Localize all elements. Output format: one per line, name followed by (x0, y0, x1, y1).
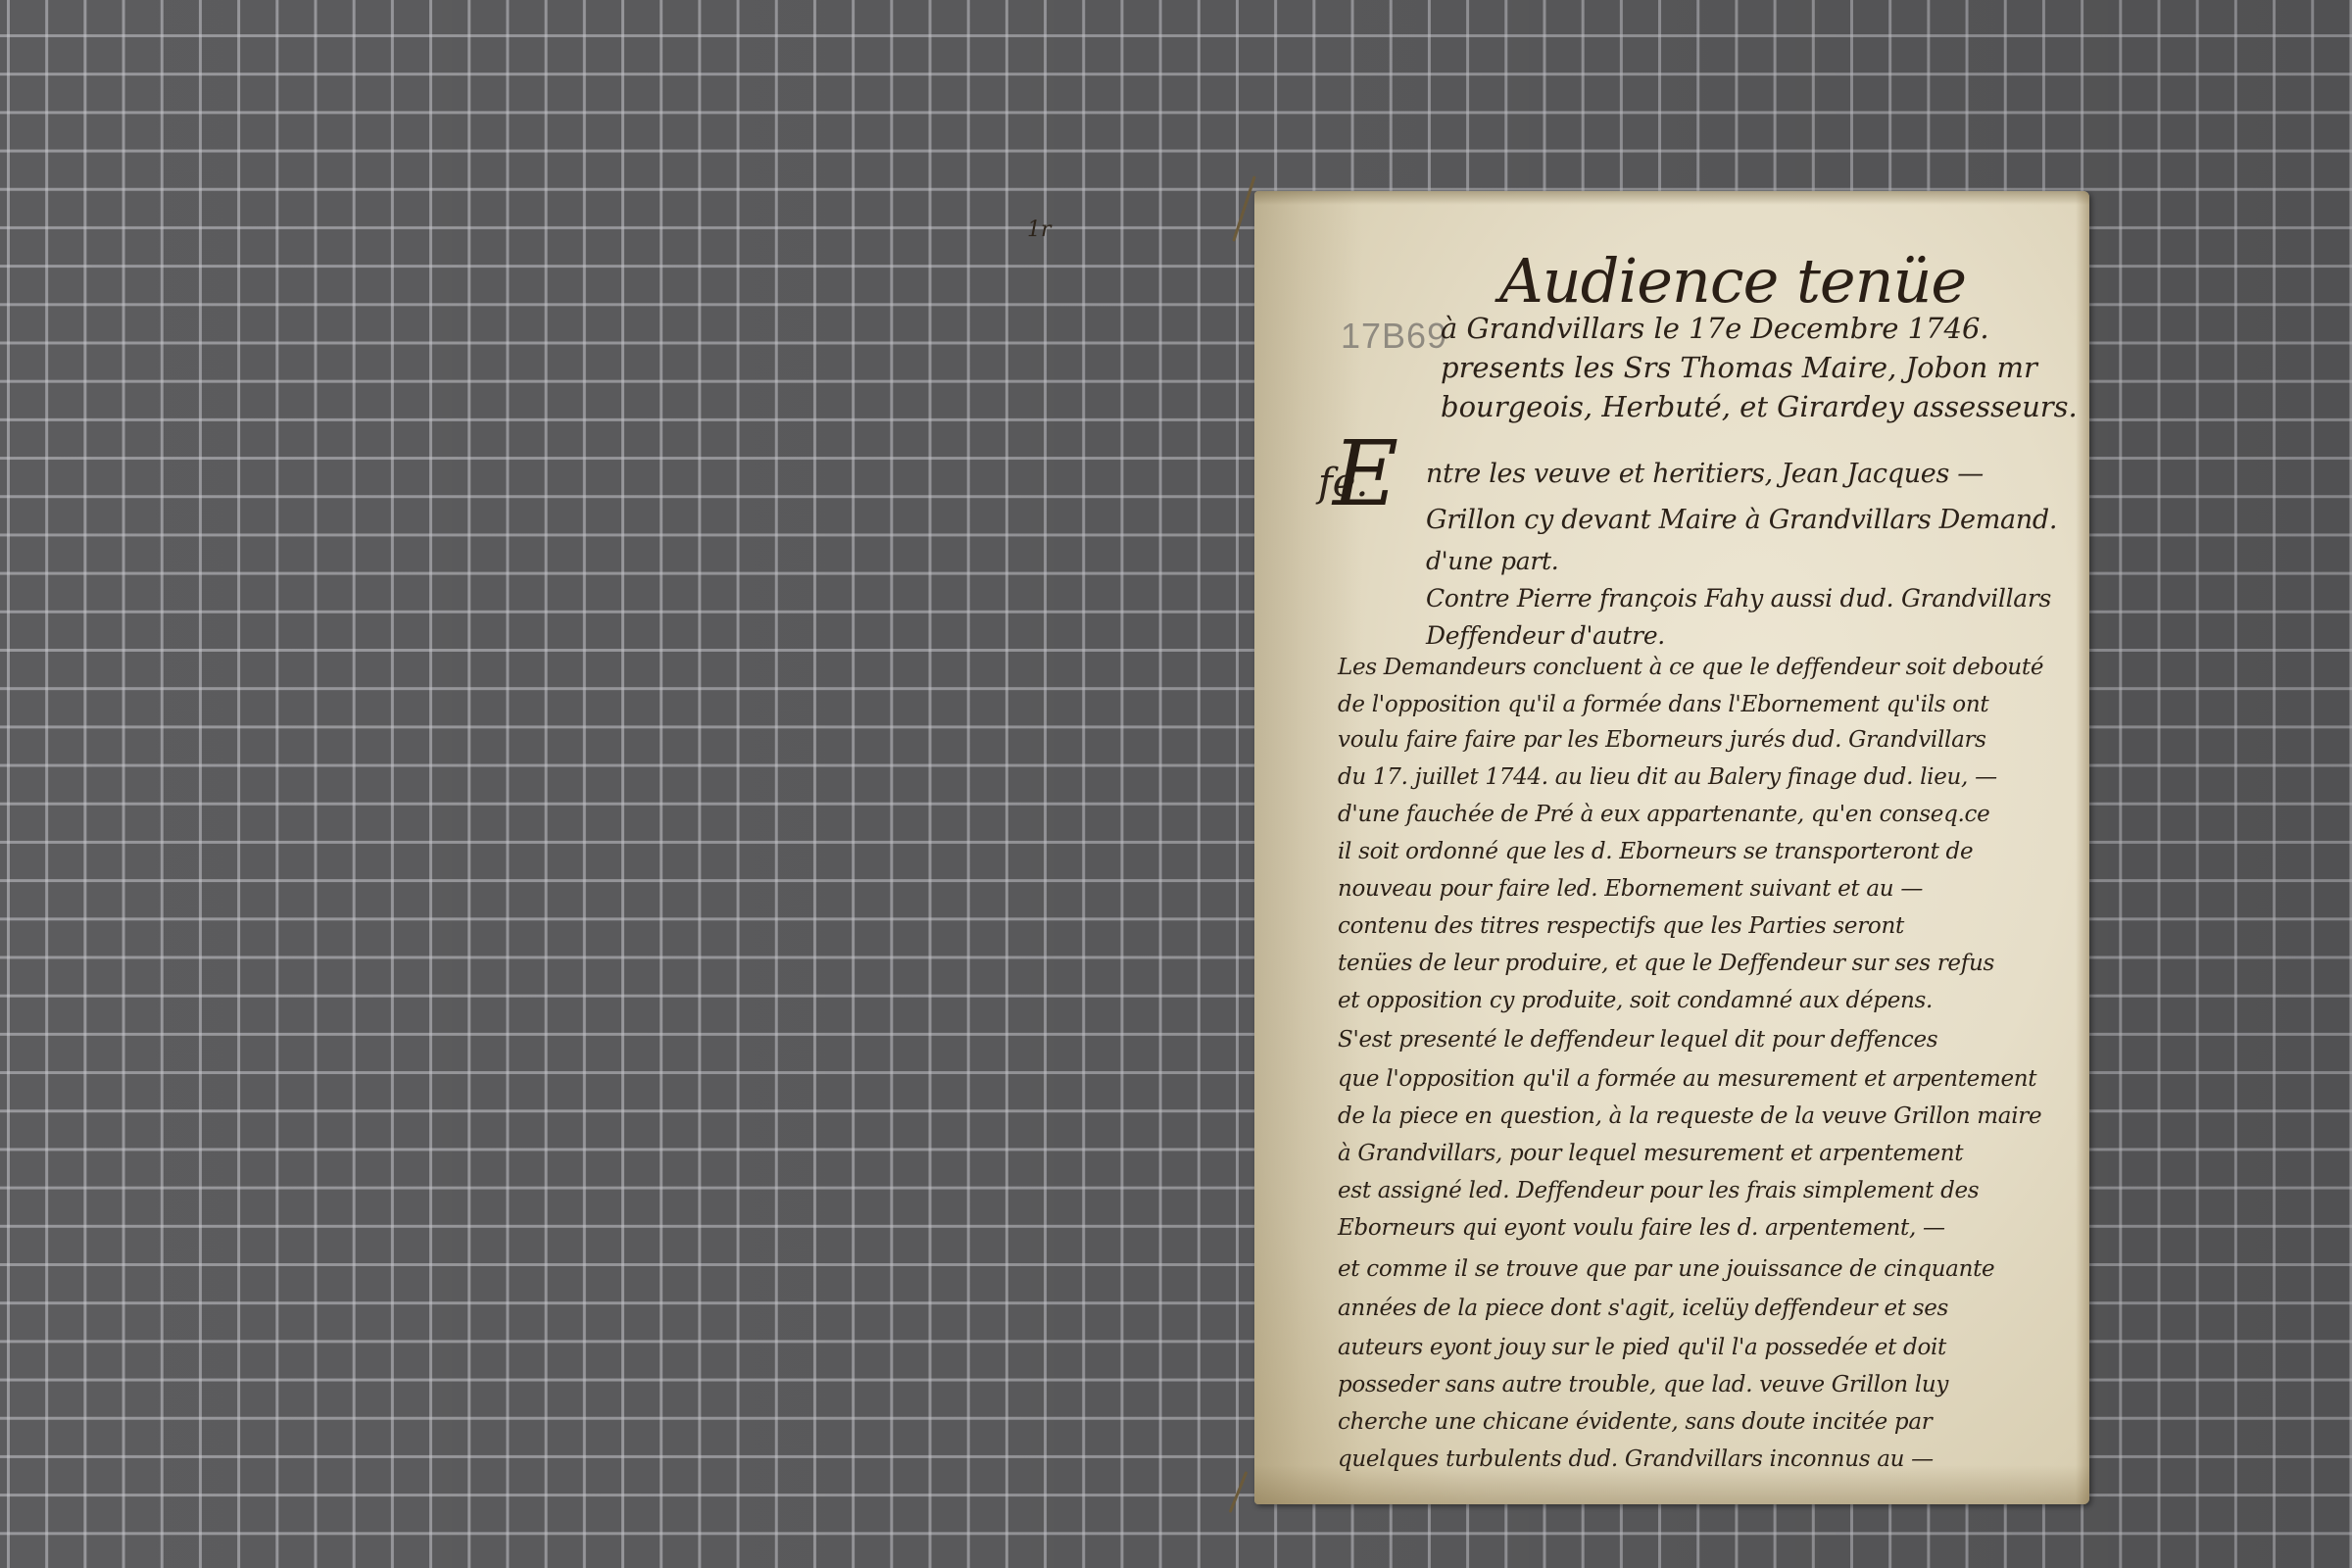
body-line: Eborneurs qui eyont voulu faire les d. a… (1338, 1215, 1945, 1241)
body-line: est assigné led. Deffendeur pour les fra… (1338, 1178, 1979, 1203)
archive-shelfmark: 17B69 (1341, 316, 1447, 357)
heading-line-place-date: à Grandvillars le 17e Decembre 1746. (1441, 312, 1989, 345)
heading-line-present: presents les Srs Thomas Maire, Jobon mr (1441, 351, 2037, 384)
body-line: quelques turbulents dud. Grandvillars in… (1338, 1446, 1934, 1472)
body-line: Les Demandeurs concluent à ce que le def… (1338, 655, 2043, 680)
body-line: que l'opposition qu'il a formée au mesur… (1338, 1066, 2036, 1092)
body-line: d'une fauchée de Pré à eux appartenante,… (1338, 802, 1989, 827)
folio-number: 1r (1027, 218, 1052, 242)
body-line: de la piece en question, à la requeste d… (1338, 1103, 2041, 1129)
binding-thread-bottom (1229, 1471, 1249, 1513)
body-line: à Grandvillars, pour lequel mesurement e… (1338, 1141, 1963, 1166)
body-line: tenües de leur produire, et que le Deffe… (1338, 951, 1994, 976)
body-line: auteurs eyont jouy sur le pied qu'il l'a… (1338, 1335, 1946, 1360)
body-line: et comme il se trouve que par une jouiss… (1338, 1256, 1994, 1282)
body-line: d'une part. (1426, 547, 1558, 575)
body-line: du 17. juillet 1744. au lieu dit au Bale… (1338, 764, 1997, 790)
body-line: il soit ordonné que les d. Eborneurs se … (1338, 839, 1973, 864)
body-line: nouveau pour faire led. Ebornement suiva… (1338, 876, 1923, 902)
drop-cap-initial: E (1333, 429, 1398, 519)
body-line: Contre Pierre françois Fahy aussi dud. G… (1426, 584, 2051, 612)
heading-line-assessors: bourgeois, Herbuté, et Girardey assesseu… (1441, 390, 2078, 423)
body-line: contenu des titres respectifs que les Pa… (1338, 913, 1904, 939)
body-line: et opposition cy produite, soit condamné… (1338, 988, 1933, 1013)
body-line: S'est presenté le deffendeur lequel dit … (1338, 1027, 1937, 1053)
body-line: de l'opposition qu'il a formée dans l'Eb… (1338, 692, 1988, 717)
body-line: ntre les veuve et heritiers, Jean Jacque… (1426, 459, 1984, 489)
body-line: Deffendeur d'autre. (1426, 621, 1665, 650)
page-top-edge (1254, 191, 2089, 205)
body-line: cherche une chicane évidente, sans doute… (1338, 1409, 1932, 1435)
body-line: posseder sans autre trouble, que lad. ve… (1338, 1372, 1948, 1397)
body-line: Grillon cy devant Maire à Grandvillars D… (1426, 505, 2057, 535)
body-line: voulu faire faire par les Eborneurs juré… (1338, 727, 1986, 753)
body-line: années de la piece dont s'agit, icelüy d… (1338, 1296, 1948, 1321)
binding-thread-top (1232, 175, 1255, 242)
page-right-edge (2076, 191, 2089, 1504)
document-heading-title: Audience tenüe (1499, 245, 1966, 317)
